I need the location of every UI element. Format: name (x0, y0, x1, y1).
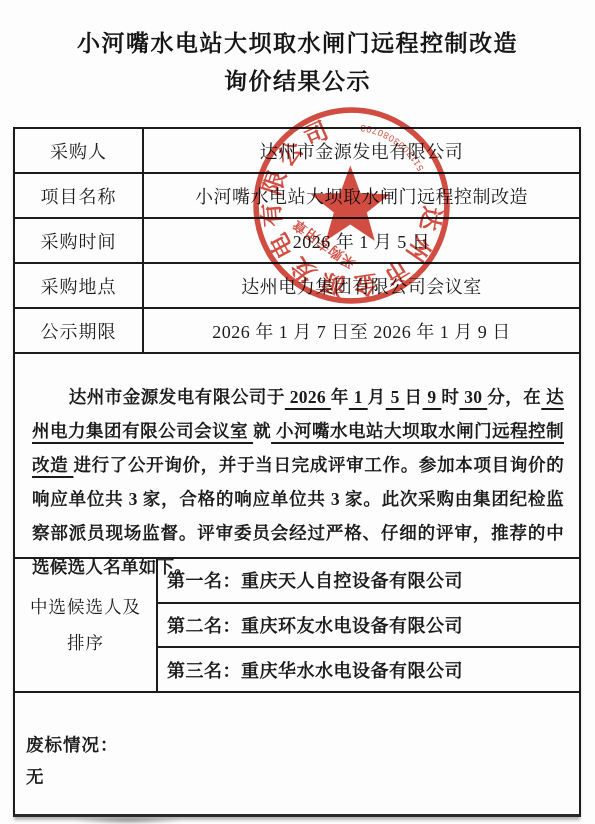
rejection-section: 废标情况： 无 (15, 693, 579, 814)
underlined-text: 2026 (285, 387, 331, 407)
plain-text: 月 (368, 387, 386, 407)
rejection-label: 废标情况： (26, 729, 565, 761)
plain-text: 时 (441, 387, 459, 407)
row-label: 公示期限 (15, 309, 144, 352)
result-table: 采购人 达州市金源发电有限公司 项目名称 小河嘴水电站大坝取水闸门远程控制改造 … (13, 127, 581, 817)
row-label: 采购地点 (15, 264, 144, 307)
underlined-text: 5 (386, 387, 405, 407)
row-value: 小河嘴水电站大坝取水闸门远程控制改造 (144, 174, 579, 217)
candidates-label: 中选候选人及 排序 (15, 559, 158, 691)
notice-paragraph: 达州市金源发电有限公司于 2026 年 1 月 5 日 9 时 30 分，在 达… (32, 380, 564, 584)
candidates-rows: 第一名：重庆天人自控设备有限公司 第二名：重庆环友水电设备有限公司 第三名：重庆… (158, 559, 579, 691)
candidate-row-1: 第一名：重庆天人自控设备有限公司 (158, 559, 579, 602)
scan-smudge-artifact (72, 817, 184, 824)
row-label: 采购人 (15, 129, 144, 172)
candidates-label-line-2: 排序 (67, 625, 104, 661)
plain-text: 就 (253, 421, 271, 441)
candidate-row-3: 第三名：重庆华水水电设备有限公司 (158, 646, 579, 691)
table-row-purchaser: 采购人 达州市金源发电有限公司 (15, 129, 579, 174)
table-row-purchase-time: 采购时间 2026 年 1 月 5 日 (15, 219, 579, 264)
rejection-value: 无 (26, 761, 565, 793)
underlined-text: 30 (459, 387, 487, 407)
table-row-purchase-place: 采购地点 达州电力集团有限公司会议室 (15, 264, 579, 309)
plain-text: 分，在 (487, 387, 541, 407)
plain-text: 达州市金源发电有限公司于 (69, 387, 285, 407)
row-value: 达州市金源发电有限公司 (144, 129, 579, 172)
title-line-2: 询价结果公示 (0, 62, 595, 100)
table-row-project-name: 项目名称 小河嘴水电站大坝取水闸门远程控制改造 (15, 174, 579, 219)
candidates-label-line-1: 中选候选人及 (30, 589, 141, 625)
document-title: 小河嘴水电站大坝取水闸门远程控制改造 询价结果公示 (0, 24, 595, 100)
underlined-text: 9 (423, 387, 442, 407)
candidates-section: 中选候选人及 排序 第一名：重庆天人自控设备有限公司 第二名：重庆环友水电设备有… (15, 559, 579, 693)
row-label: 采购时间 (15, 219, 144, 262)
candidate-row-2: 第二名：重庆环友水电设备有限公司 (158, 602, 579, 647)
notice-paragraph-cell: 达州市金源发电有限公司于 2026 年 1 月 5 日 9 时 30 分，在 达… (15, 354, 579, 559)
table-row-publicity-period: 公示期限 2026 年 1 月 7 日至 2026 年 1 月 9 日 (15, 309, 579, 354)
row-label: 项目名称 (15, 174, 144, 217)
underlined-text: 1 (349, 387, 368, 407)
title-line-1: 小河嘴水电站大坝取水闸门远程控制改造 (0, 24, 595, 62)
row-value: 2026 年 1 月 5 日 (144, 219, 579, 262)
document-page: 小河嘴水电站大坝取水闸门远程控制改造 询价结果公示 采购人 达州市金源发电有限公… (0, 0, 595, 824)
plain-text: 年 (331, 387, 349, 407)
row-value: 2026 年 1 月 7 日至 2026 年 1 月 9 日 (144, 309, 579, 352)
plain-text: 日 (405, 387, 423, 407)
row-value: 达州电力集团有限公司会议室 (144, 264, 579, 307)
